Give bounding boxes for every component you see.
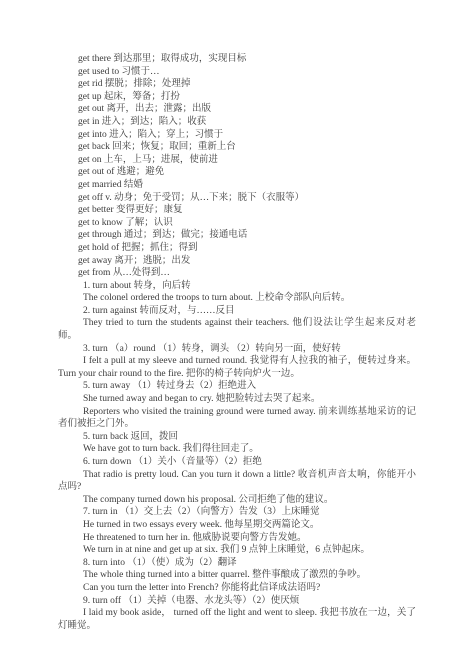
get-phrase-line: get into 进入；陷入；穿上；习惯于	[58, 129, 416, 142]
get-phrase-line: get off v. 动身；免于受罚；从…下来；脱下（衣服等）	[58, 192, 416, 205]
get-phrase-line: get away 离开；逃脱；出发	[58, 255, 416, 268]
turn-entry-line: I felt a pull at my sleeve and turned ro…	[58, 355, 416, 380]
turn-entry-line: We turn in at nine and get up at six. 我们…	[58, 544, 416, 557]
get-phrase-line: get out 离开，出去；泄露；出版	[58, 103, 416, 116]
document-content: get there 到达那里；取得成功，实现目标get used to 习惯于……	[58, 53, 416, 632]
turn-entry-line: Can you turn the letter into French? 你能将…	[58, 582, 416, 595]
get-phrase-list: get there 到达那里；取得成功，实现目标get used to 习惯于……	[58, 53, 416, 280]
turn-entry-line: We have got to turn back. 我们得往回走了。	[58, 443, 416, 456]
get-phrase-line: get hold of 把握；抓住；得到	[58, 242, 416, 255]
turn-entry-line: That radio is pretty loud. Can you turn …	[58, 469, 416, 494]
turn-entry-line: The colonel ordered the troops to turn a…	[58, 292, 416, 305]
turn-entry-line: 1. turn about 转身，向后转	[58, 280, 416, 293]
get-phrase-line: get up 起床，筹备；打扮	[58, 91, 416, 104]
get-phrase-line: get better 变得更好；康复	[58, 204, 416, 217]
turn-entry-line: 9. turn off （1）关掉（电器、水龙头等）（2）使厌烦	[58, 595, 416, 608]
get-phrase-line: get through 通过；到达；做完；接通电话	[58, 229, 416, 242]
turn-entry-line: She turned away and began to cry. 她把脸转过去…	[58, 393, 416, 406]
get-phrase-line: get back 回来；恢复；取回；重新上台	[58, 141, 416, 154]
turn-entry-line: They tried to turn the students against …	[58, 317, 416, 342]
turn-entry-line: 2. turn against 转而反对，与……反目	[58, 305, 416, 318]
turn-entry-line: The whole thing turned into a bitter qua…	[58, 569, 416, 582]
turn-entry-line: The company turned down his proposal. 公司…	[58, 494, 416, 507]
get-phrase-line: get rid 摆脱；排除；处理掉	[58, 78, 416, 91]
get-phrase-line: get out of 逃避；避免	[58, 166, 416, 179]
get-phrase-line: get there 到达那里；取得成功，实现目标	[58, 53, 416, 66]
turn-entry-line: 7. turn in （1）交上去（2）（向警方）告发（3）上床睡觉	[58, 506, 416, 519]
turn-entry-line: He threatened to turn her in. 他威胁说要向警方告发…	[58, 532, 416, 545]
get-phrase-line: get married 结婚	[58, 179, 416, 192]
turn-entry-list: 1. turn about 转身，向后转The colonel ordered …	[58, 280, 416, 633]
get-phrase-line: get used to 习惯于…	[58, 66, 416, 79]
get-phrase-line: get to know 了解；认识	[58, 217, 416, 230]
get-phrase-line: get on 上车，上马；进展，使前进	[58, 154, 416, 167]
turn-entry-line: 5. turn away （1）转过身去（2）拒绝进入	[58, 380, 416, 393]
get-phrase-line: get in 进入；到达；陷入；收获	[58, 116, 416, 129]
turn-entry-line: 5. turn back 返回，拨回	[58, 431, 416, 444]
turn-entry-line: He turned in two essays every week. 他每星期…	[58, 519, 416, 532]
turn-entry-line: 6. turn down （1）关小（音量等）（2）拒绝	[58, 456, 416, 469]
get-phrase-line: get from 从…处得到…	[58, 267, 416, 280]
document-page: get there 到达那里；取得成功，实现目标get used to 习惯于……	[0, 0, 474, 670]
turn-entry-line: Reporters who visited the training groun…	[58, 406, 416, 431]
turn-entry-line: I laid my book aside， turned off the lig…	[58, 607, 416, 632]
turn-entry-line: 8. turn into （1）（使）成为（2）翻译	[58, 557, 416, 570]
turn-entry-line: 3. turn （a）round （1）转身，调头 （2）转向另一面，使好转	[58, 343, 416, 356]
